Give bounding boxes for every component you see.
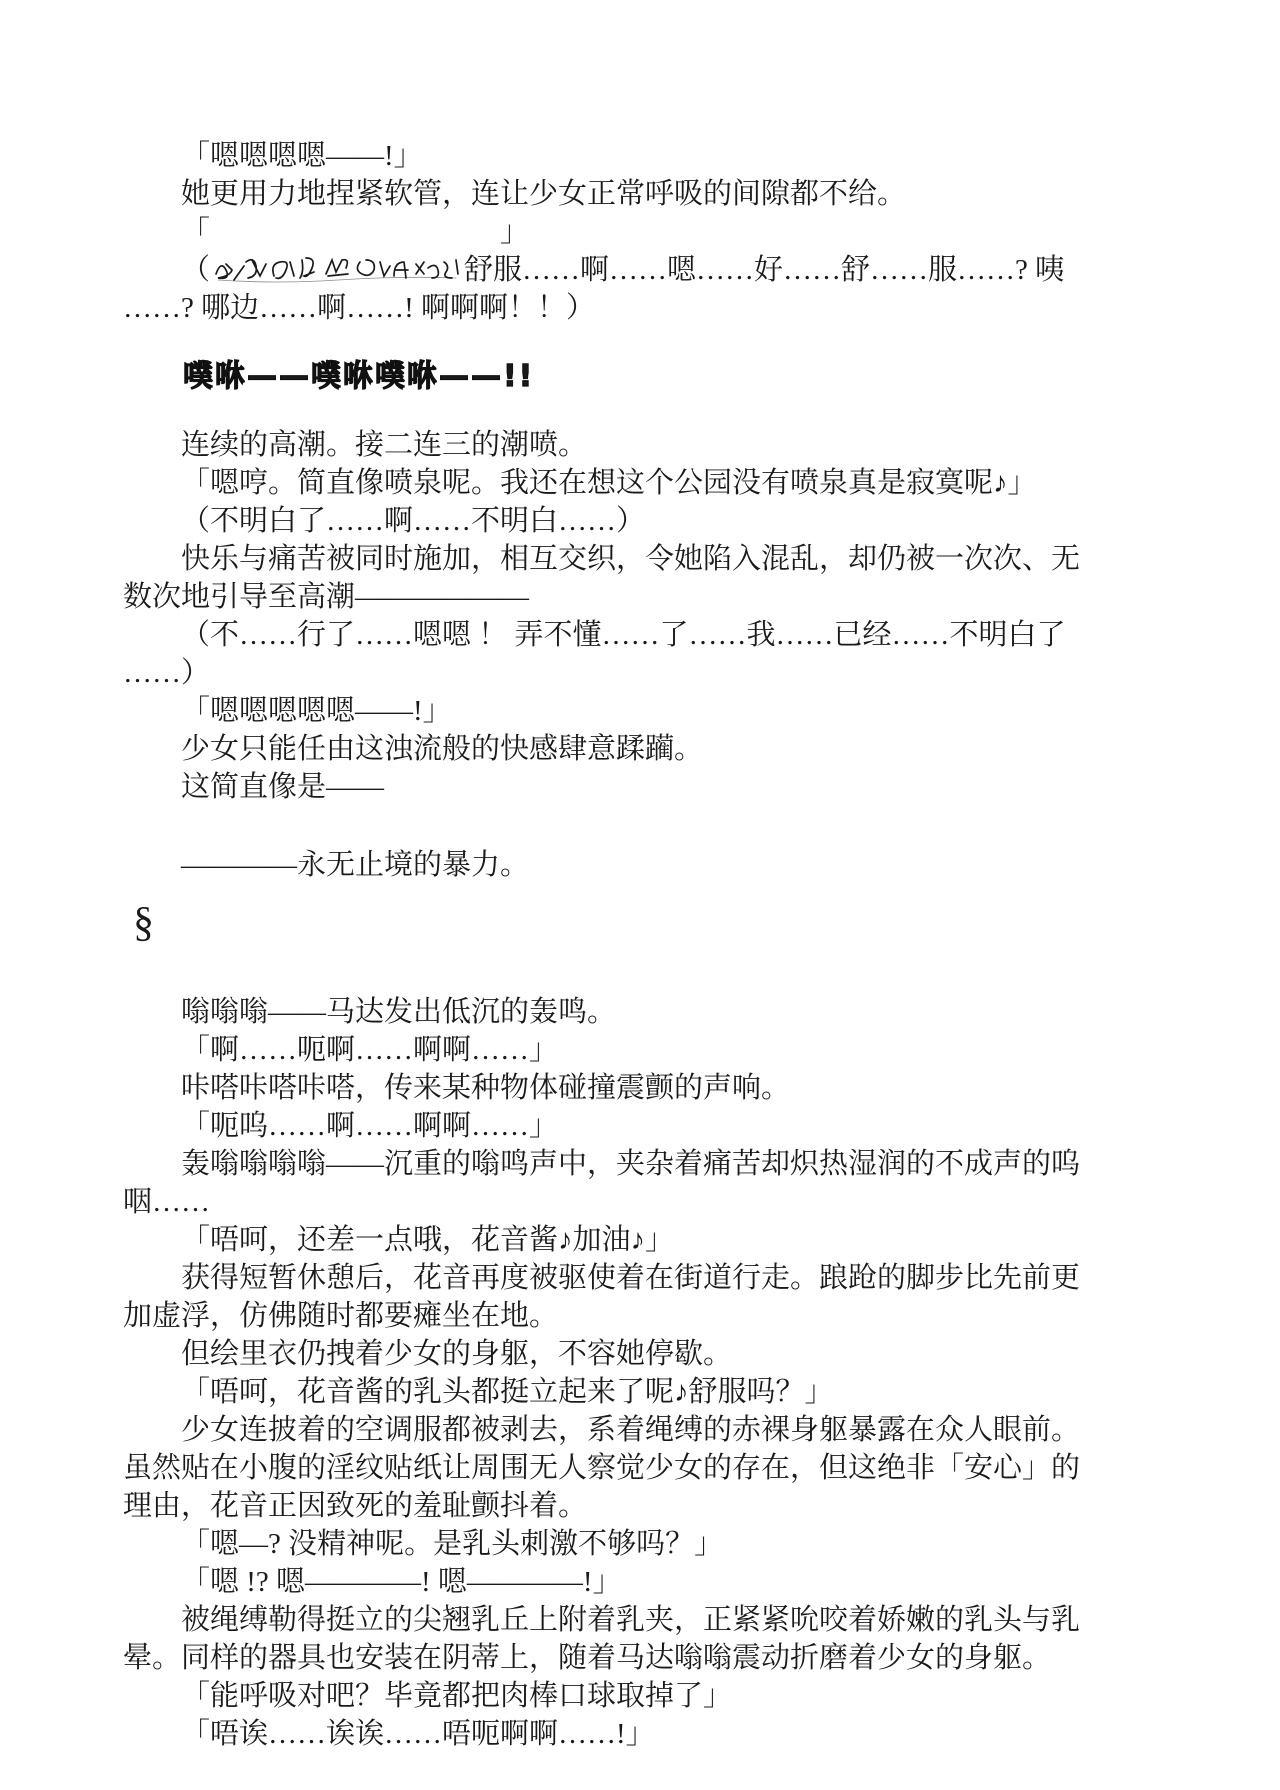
open-paren: （	[181, 254, 210, 286]
narration-line-wrap: 咽……	[123, 1183, 1100, 1221]
dialogue-line: 「嗯嗯嗯嗯——!」	[123, 137, 1100, 175]
dialogue-line: 「呃呜……啊……啊啊……」	[123, 1107, 1100, 1145]
section-divider: §	[133, 896, 1100, 950]
dialogue-line: 「嗯嗯嗯嗯嗯——!」	[123, 692, 1100, 730]
dialogue-line: 「嗯—? 没精神呢。是乳头刺激不够吗？」	[123, 1525, 1100, 1563]
narration-line: 咔嗒咔嗒咔嗒，传来某种物体碰撞震颤的声响。	[123, 1069, 1100, 1107]
narration-line: 被绳缚勒得挺立的尖翘乳丘上附着乳夹，正紧紧吮咬着娇嫩的乳头与乳	[123, 1601, 1100, 1639]
narration-line-wrap: 加虚浮，仿佛随时都要瘫坐在地。	[123, 1297, 1100, 1335]
narration-line: 嗡嗡嗡——马达发出低沉的轰鸣。	[123, 993, 1100, 1031]
dialogue-line: 「唔呵，花音酱的乳头都挺立起来了呢♪舒服吗？」	[123, 1373, 1100, 1411]
thought-line-wrap: ……）	[123, 654, 1100, 692]
narration-line: 轰嗡嗡嗡嗡——沉重的嗡鸣声中，夹杂着痛苦却炽热湿润的不成声的呜	[123, 1145, 1100, 1183]
narration-line-wrap: 虽然贴在小腹的淫纹贴纸让周围无人察觉少女的存在，但这绝非「安心」的	[123, 1449, 1100, 1487]
dialogue-line: 「嗯哼。简直像喷泉呢。我还在想这个公园没有喷泉真是寂寞呢♪」	[123, 464, 1100, 502]
sfx-line: 噗咻——噗咻噗咻——!!	[123, 356, 1100, 398]
narration-line-wrap: 理由，花音正因致死的羞耻颤抖着。	[123, 1487, 1100, 1525]
dialogue-line: 「唔呵，还差一点哦，花音酱♪加油♪」	[123, 1221, 1100, 1259]
book-page: 「嗯嗯嗯嗯——!」 她更用力地捏紧软管，连让少女正常呼吸的间隙都不给。 「 」 …	[0, 0, 1280, 1790]
narration-line: 这简直像是——	[123, 768, 1100, 806]
thought-text: 舒服……啊……嗯……好……舒……服……? 咦	[464, 254, 1064, 286]
narration-line: 少女只能任由这浊流般的快感肆意蹂躏。	[123, 730, 1100, 768]
narration-line-wrap: 数次地引导至高潮——————	[123, 578, 1100, 616]
narration-line: ————永无止境的暴力。	[123, 846, 1100, 884]
narration-line-wrap: 晕。同样的器具也安装在阴蒂上，随着马达嗡嗡震动折磨着少女的身躯。	[123, 1639, 1100, 1677]
empty-dialogue-line: 「 」	[123, 213, 1100, 251]
garbled-scrawl	[212, 254, 462, 284]
narration-line: 快乐与痛苦被同时施加，相互交织，令她陷入混乱，却仍被一次次、无	[123, 540, 1100, 578]
narration-line: 但绘里衣仍拽着少女的身躯，不容她停歇。	[123, 1335, 1100, 1373]
narration-line: 连续的高潮。接二连三的潮喷。	[123, 426, 1100, 464]
dialogue-line: 「能呼吸对吧？毕竟都把肉棒口球取掉了」	[123, 1677, 1100, 1715]
thought-line: （不……行了……嗯嗯 ！ 弄不懂……了……我……已经……不明白了	[123, 616, 1100, 654]
narration-line: 她更用力地捏紧软管，连让少女正常呼吸的间隙都不给。	[123, 175, 1100, 213]
novel-text-block: 「嗯嗯嗯嗯——!」 她更用力地捏紧软管，连让少女正常呼吸的间隙都不给。 「 」 …	[0, 0, 1280, 1753]
garbled-thought-line: （ 舒服……啊……嗯……好……舒……服……? 咦	[123, 251, 1100, 289]
dialogue-line: 「啊……呃啊……啊啊……」	[123, 1031, 1100, 1069]
thought-line: （不明白了……啊……不明白……）	[123, 502, 1100, 540]
narration-line: 获得短暂休憩后，花音再度被驱使着在街道行走。踉跄的脚步比先前更	[123, 1259, 1100, 1297]
dialogue-line: 「嗯 !? 嗯————! 嗯————!」	[123, 1563, 1100, 1601]
thought-line-wrap: ……? 哪边……啊……! 啊啊啊！！）	[123, 289, 1100, 327]
dialogue-line: 「唔诶……诶诶……唔呃啊啊……!」	[123, 1715, 1100, 1753]
narration-line: 少女连披着的空调服都被剥去，系着绳缚的赤裸身躯暴露在众人眼前。	[123, 1411, 1100, 1449]
